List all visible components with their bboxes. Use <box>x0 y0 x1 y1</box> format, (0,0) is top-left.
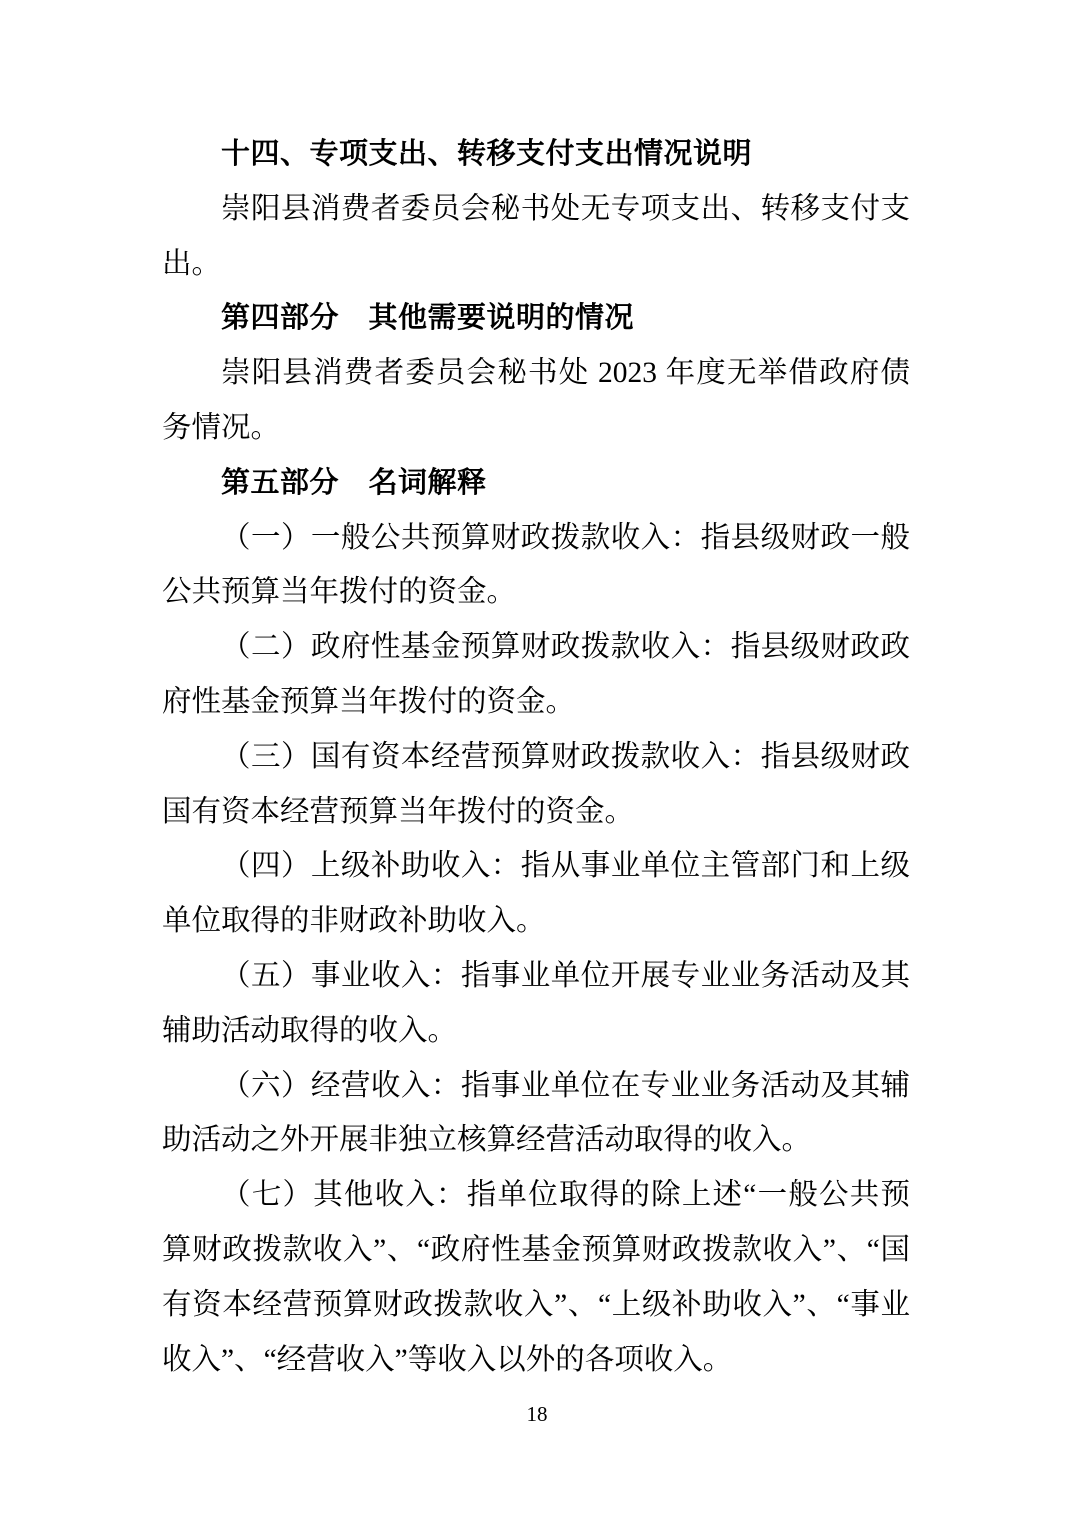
page-number: 18 <box>0 1402 1074 1427</box>
section-heading-part4: 第四部分 其他需要说明的情况 <box>162 291 910 346</box>
paragraph-term-3: （三）国有资本经营预算财政拨款收入：指县级财政国有资本经营预算当年拨付的资金。 <box>162 730 910 840</box>
paragraph-term-2: （二）政府性基金预算财政拨款收入：指县级财政政府性基金预算当年拨付的资金。 <box>162 620 910 730</box>
paragraph-term-5: （五）事业收入：指事业单位开展专业业务活动及其辅助活动取得的收入。 <box>162 949 910 1059</box>
section-heading-14: 十四、专项支出、转移支付支出情况说明 <box>162 127 910 182</box>
paragraph-term-6: （六）经营收入：指事业单位在专业业务活动及其辅助活动之外开展非独立核算经营活动取… <box>162 1059 910 1169</box>
document-body: 十四、专项支出、转移支付支出情况说明 崇阳县消费者委员会秘书处无专项支出、转移支… <box>162 127 910 1387</box>
document-page: 十四、专项支出、转移支付支出情况说明 崇阳县消费者委员会秘书处无专项支出、转移支… <box>0 0 1074 1520</box>
paragraph-special-expenditure: 崇阳县消费者委员会秘书处无专项支出、转移支付支出。 <box>162 182 910 292</box>
paragraph-government-debt: 崇阳县消费者委员会秘书处 2023 年度无举借政府债务情况。 <box>162 346 910 456</box>
paragraph-term-7: （七）其他收入：指单位取得的除上述“一般公共预算财政拨款收入”、“政府性基金预算… <box>162 1168 910 1387</box>
section-heading-part5: 第五部分 名词解释 <box>162 456 910 511</box>
paragraph-term-4: （四）上级补助收入：指从事业单位主管部门和上级单位取得的非财政补助收入。 <box>162 839 910 949</box>
paragraph-term-1: （一）一般公共预算财政拨款收入：指县级财政一般公共预算当年拨付的资金。 <box>162 511 910 621</box>
